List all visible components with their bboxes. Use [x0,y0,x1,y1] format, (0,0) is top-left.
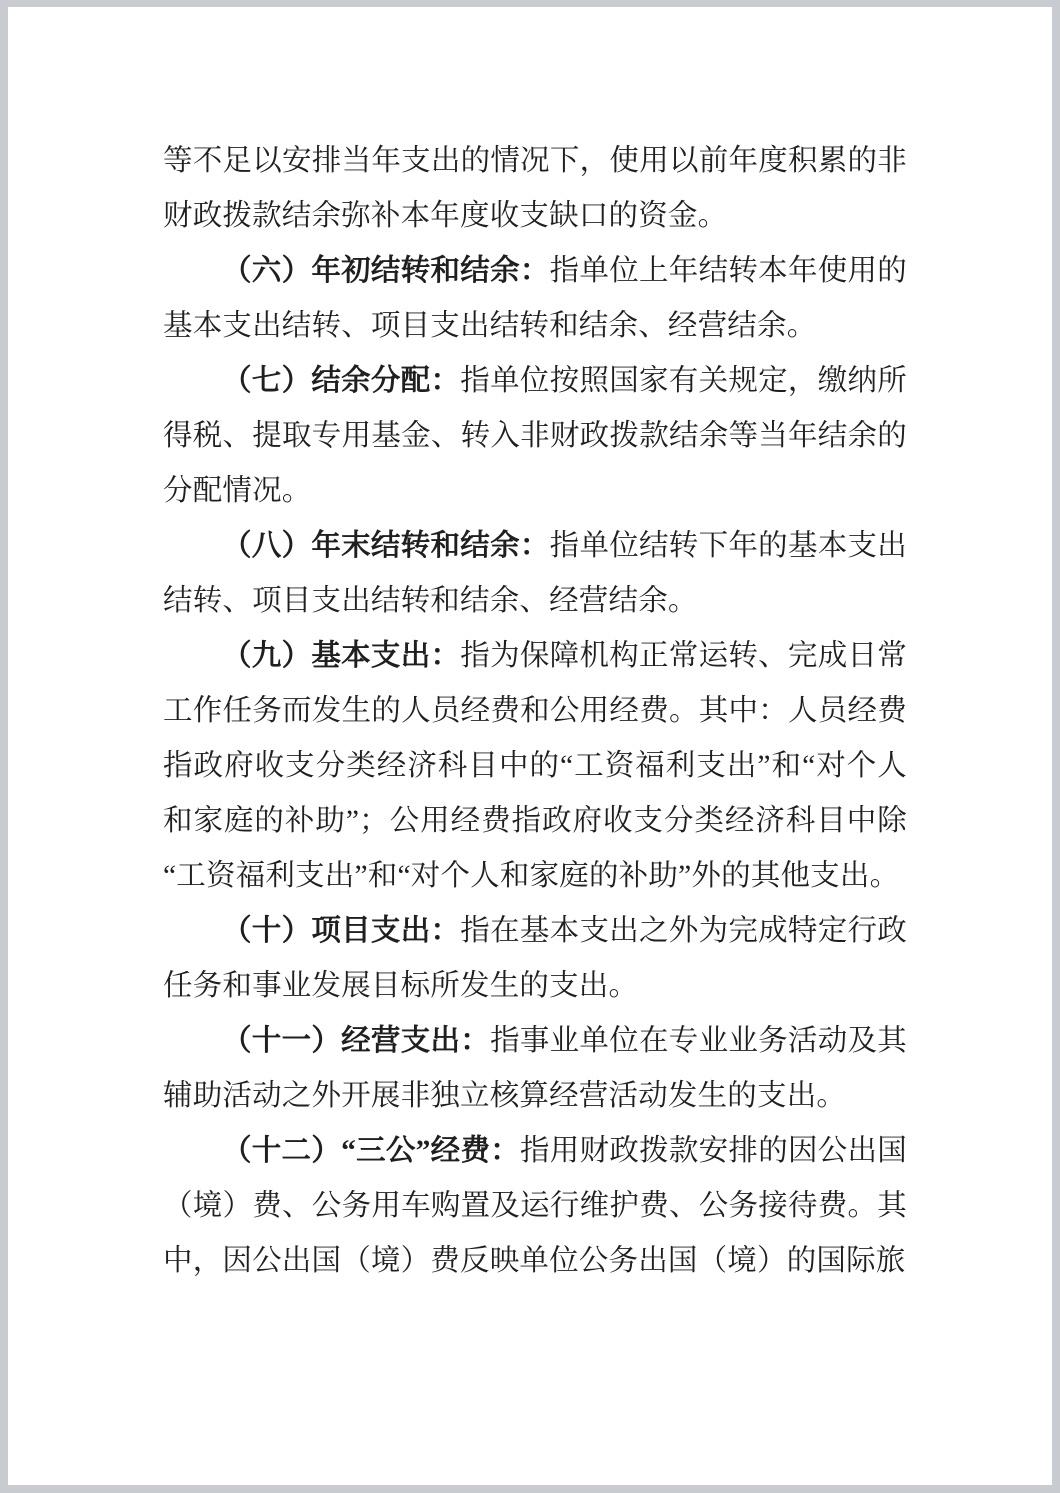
paragraph: 等不足以安排当年支出的情况下，使用以前年度积累的非财政拨款结余弥补本年度收支缺口… [163,134,907,244]
term-label: （八）年末结转和结余： [222,530,550,562]
paragraph: （十）项目支出：指在基本支出之外为完成特定行政任务和事业发展目标所发生的支出。 [163,904,907,1014]
paragraph: （七）结余分配：指单位按照国家有关规定，缴纳所得税、提取专用基金、转入非财政拨款… [163,354,907,519]
paragraph: （十一）经营支出：指事业单位在专业业务活动及其辅助活动之外开展非独立核算经营活动… [163,1014,907,1124]
term-label: （六）年初结转和结余： [222,255,550,287]
term-label: （七）结余分配： [222,365,460,397]
paragraph-text: 等不足以安排当年支出的情况下，使用以前年度积累的非财政拨款结余弥补本年度收支缺口… [163,145,907,232]
term-label: （九）基本支出： [222,640,460,672]
paragraph: （九）基本支出：指为保障机构正常运转、完成日常工作任务而发生的人员经费和公用经费… [163,629,907,904]
paragraph: （六）年初结转和结余：指单位上年结转本年使用的基本支出结转、项目支出结转和结余、… [163,244,907,354]
document-page: 等不足以安排当年支出的情况下，使用以前年度积累的非财政拨款结余弥补本年度收支缺口… [8,7,1052,1485]
term-label: （十二）“三公”经费： [222,1135,520,1167]
paragraph: （十二）“三公”经费：指用财政拨款安排的因公出国（境）费、公务用车购置及运行维护… [163,1124,907,1289]
paragraph: （八）年末结转和结余：指单位结转下年的基本支出结转、项目支出结转和结余、经营结余… [163,519,907,629]
paragraph-text: 指为保障机构正常运转、完成日常工作任务而发生的人员经费和公用经费。其中：人员经费… [163,640,907,892]
document-body-text: 等不足以安排当年支出的情况下，使用以前年度积累的非财政拨款结余弥补本年度收支缺口… [163,134,907,1289]
term-label: （十）项目支出： [222,915,460,947]
term-label: （十一）经营支出： [222,1025,490,1057]
